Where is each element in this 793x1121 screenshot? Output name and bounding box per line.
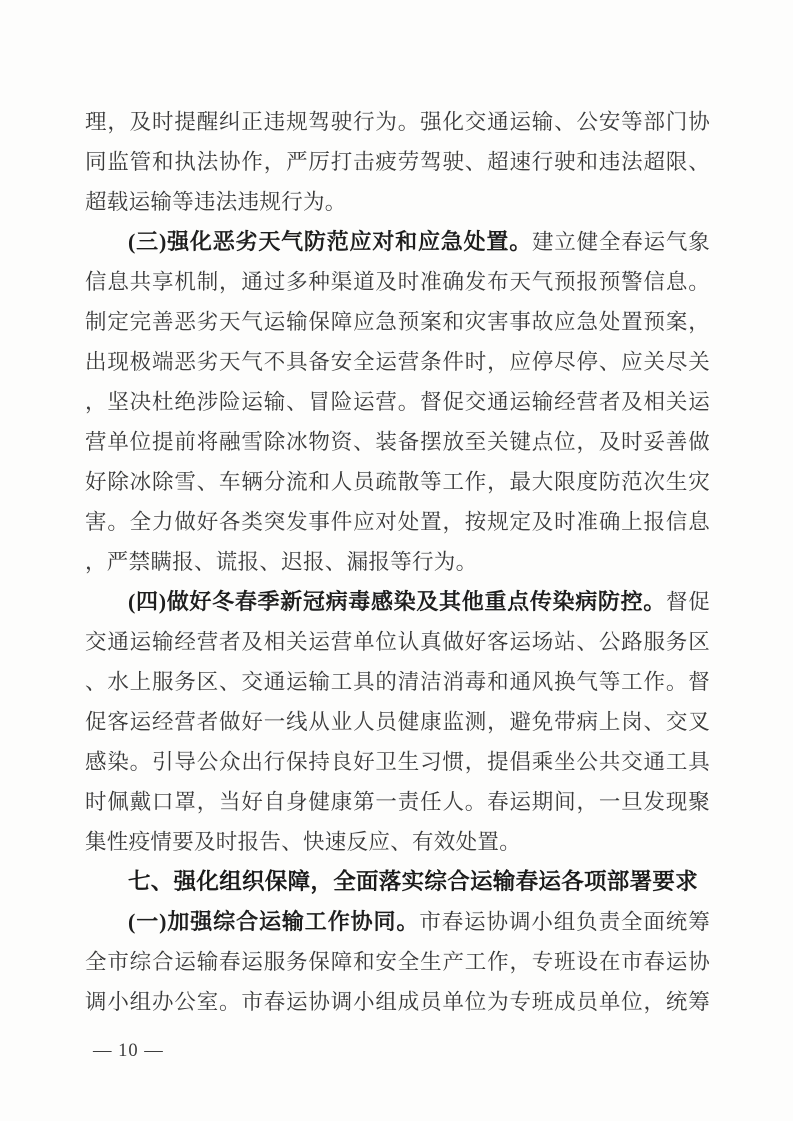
body-text-run: 理，及时提醒纠正违规驾驶行为。强化交通运输、公安等部门协 xyxy=(85,110,710,134)
body-text-run: 建立健全春运气象 xyxy=(532,230,710,254)
text-line: (四)做好冬春季新冠病毒感染及其他重点传染病防控。督促 xyxy=(85,582,710,622)
body-text-run: ，坚决杜绝涉险运输、冒险运营。督促交通运输经营者及相关运 xyxy=(85,390,710,414)
body-text-run: 好除冰除雪、车辆分流和人员疏散等工作，最大限度防范次生灾 xyxy=(85,470,710,494)
body-text-run: 超载运输等违法违规行为。 xyxy=(85,190,347,214)
body-text-run: 营单位提前将融雪除冰物资、装备摆放至关键点位，及时妥善做 xyxy=(85,430,710,454)
text-line: 超载运输等违法违规行为。 xyxy=(85,182,710,222)
body-text-run: 全市综合运输春运服务保障和安全生产工作，专班设在市春运协 xyxy=(85,950,710,974)
text-line: 调小组办公室。市春运协调小组成员单位为专班成员单位，统筹 xyxy=(85,982,710,1022)
text-line: 感染。引导公众出行保持良好卫生习惯，提倡乘坐公共交通工具 xyxy=(85,742,710,782)
body-text-run: 市春运协调小组负责全面统筹 xyxy=(419,910,710,934)
text-line: 全市综合运输春运服务保障和安全生产工作，专班设在市春运协 xyxy=(85,942,710,982)
body-text-run: 感染。引导公众出行保持良好卫生习惯，提倡乘坐公共交通工具 xyxy=(85,750,710,774)
text-line: ，坚决杜绝涉险运输、冒险运营。督促交通运输经营者及相关运 xyxy=(85,382,710,422)
body-text-run: 同监管和执法协作，严厉打击疲劳驾驶、超速行驶和违法超限、 xyxy=(85,150,710,174)
text-line: 集性疫情要及时报告、快速反应、有效处置。 xyxy=(85,822,710,862)
text-line: 害。全力做好各类突发事件应对处置，按规定及时准确上报信息 xyxy=(85,502,710,542)
body-text-run: 出现极端恶劣天气不具备安全运营条件时，应停尽停、应关尽关 xyxy=(85,350,710,374)
bold-text-run: (一)加强综合运输工作协同。 xyxy=(128,909,419,934)
text-line: (三)强化恶劣天气防范应对和应急处置。建立健全春运气象 xyxy=(85,222,710,262)
body-text-run: 交通运输经营者及相关运营单位认真做好客运场站、公路服务区 xyxy=(85,630,710,654)
document-body: 理，及时提醒纠正违规驾驶行为。强化交通运输、公安等部门协同监管和执法协作，严厉打… xyxy=(85,102,710,1022)
text-line: 促客运经营者做好一线从业人员健康监测，避免带病上岗、交叉 xyxy=(85,702,710,742)
bold-text-run: (四)做好冬春季新冠病毒感染及其他重点传染病防控。 xyxy=(128,589,666,614)
document-page: 理，及时提醒纠正违规驾驶行为。强化交通运输、公安等部门协同监管和执法协作，严厉打… xyxy=(0,0,793,1121)
text-line: 同监管和执法协作，严厉打击疲劳驾驶、超速行驶和违法超限、 xyxy=(85,142,710,182)
bold-text-run: 七、强化组织保障，全面落实综合运输春运各项部署要求 xyxy=(128,869,698,894)
text-line: ，严禁瞒报、谎报、迟报、漏报等行为。 xyxy=(85,542,710,582)
body-text-run: ，严禁瞒报、谎报、迟报、漏报等行为。 xyxy=(85,550,477,574)
body-text-run: 时佩戴口罩，当好自身健康第一责任人。春运期间，一旦发现聚 xyxy=(85,790,710,814)
bold-text-run: (三)强化恶劣天气防范应对和应急处置。 xyxy=(128,229,532,254)
text-line: 出现极端恶劣天气不具备安全运营条件时，应停尽停、应关尽关 xyxy=(85,342,710,382)
text-line: 好除冰除雪、车辆分流和人员疏散等工作，最大限度防范次生灾 xyxy=(85,462,710,502)
body-text-run: 集性疫情要及时报告、快速反应、有效处置。 xyxy=(85,830,521,854)
text-line: 理，及时提醒纠正违规驾驶行为。强化交通运输、公安等部门协 xyxy=(85,102,710,142)
section-heading-line: 七、强化组织保障，全面落实综合运输春运各项部署要求 xyxy=(85,862,710,902)
text-line: 信息共享机制，通过多种渠道及时准确发布天气预报预警信息。 xyxy=(85,262,710,302)
body-text-run: 调小组办公室。市春运协调小组成员单位为专班成员单位，统筹 xyxy=(85,990,710,1014)
text-line: 制定完善恶劣天气运输保障应急预案和灾害事故应急处置预案， xyxy=(85,302,710,342)
body-text-run: 制定完善恶劣天气运输保障应急预案和灾害事故应急处置预案， xyxy=(85,310,710,334)
text-line: 营单位提前将融雪除冰物资、装备摆放至关键点位，及时妥善做 xyxy=(85,422,710,462)
body-text-run: 督促 xyxy=(666,590,710,614)
body-text-run: 信息共享机制，通过多种渠道及时准确发布天气预报预警信息。 xyxy=(85,270,710,294)
body-text-run: 促客运经营者做好一线从业人员健康监测，避免带病上岗、交叉 xyxy=(85,710,710,734)
body-text-run: 、水上服务区、交通运输工具的清洁消毒和通风换气等工作。督 xyxy=(85,670,710,694)
text-line: (一)加强综合运输工作协同。市春运协调小组负责全面统筹 xyxy=(85,902,710,942)
text-line: 时佩戴口罩，当好自身健康第一责任人。春运期间，一旦发现聚 xyxy=(85,782,710,822)
text-line: 、水上服务区、交通运输工具的清洁消毒和通风换气等工作。督 xyxy=(85,662,710,702)
text-line: 交通运输经营者及相关运营单位认真做好客运场站、公路服务区 xyxy=(85,622,710,662)
body-text-run: 害。全力做好各类突发事件应对处置，按规定及时准确上报信息 xyxy=(85,510,710,534)
page-number: — 10 — xyxy=(93,1036,164,1066)
